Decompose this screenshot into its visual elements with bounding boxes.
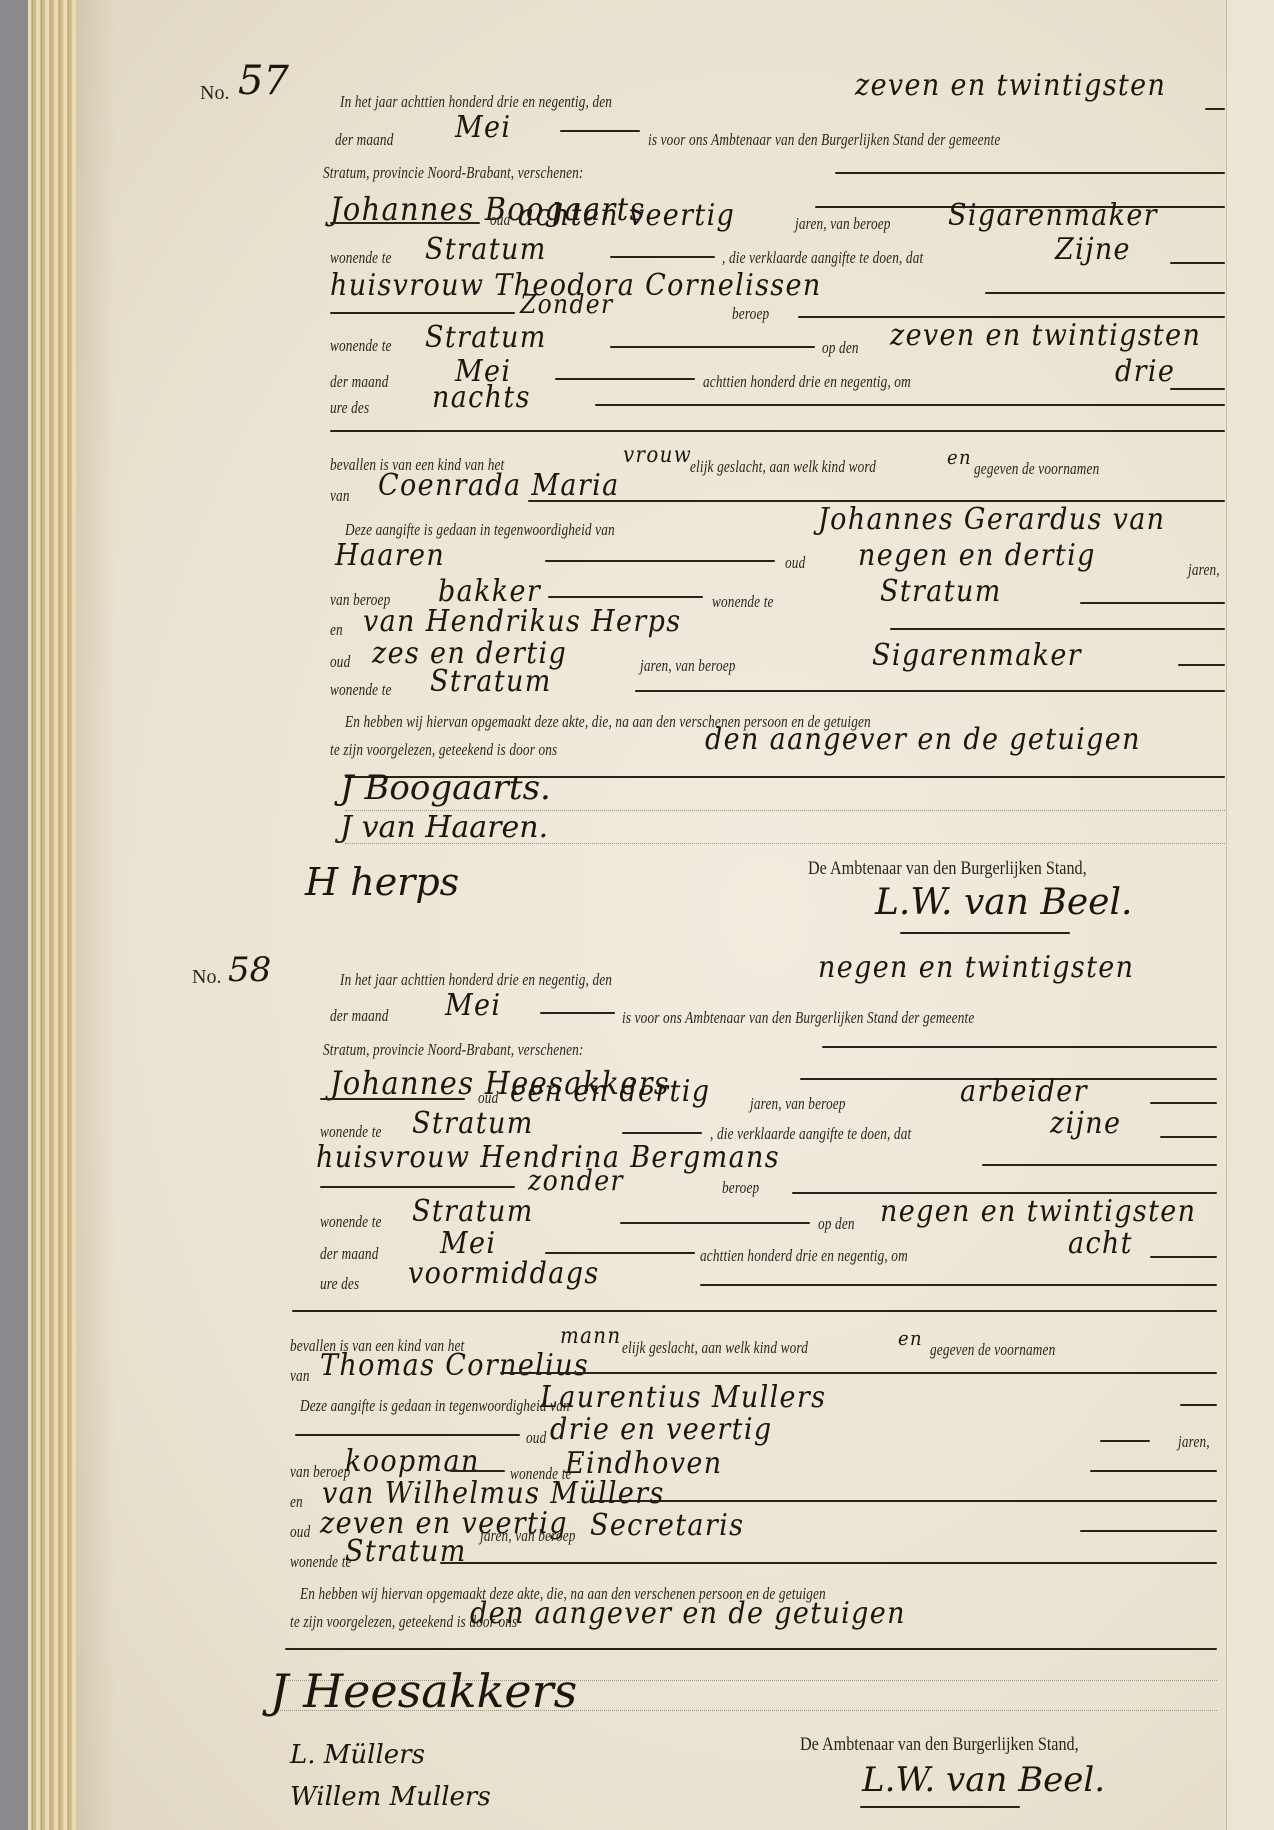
fill-line [1170,388,1225,390]
fill-line [590,1500,1217,1502]
handwritten-residence: Stratum [412,1106,534,1141]
fill-line [622,1132,702,1134]
official-title: De Ambtenaar van den Burgerlijken Stand, [808,858,1087,880]
form-text: jaren, van beroep [480,1526,576,1546]
fill-line [610,346,815,348]
fill-line [440,1562,1217,1564]
fill-line [610,256,715,258]
signature-declarant: J Heesakkers [270,1664,577,1718]
fill-line [595,404,1225,406]
fill-line [330,430,1225,432]
form-text: oud [330,652,350,672]
official-title: De Ambtenaar van den Burgerlijken Stand, [800,1734,1079,1756]
form-text: jaren, van beroep [795,214,891,234]
form-text: der maand [330,1006,389,1026]
facing-page-edge [1226,0,1274,1830]
fill-line [822,1046,1217,1048]
form-text: en [290,1492,303,1512]
fill-line [320,1098,465,1100]
form-text: beroep [722,1178,759,1198]
fill-line [1160,1136,1217,1138]
fill-line [548,596,703,598]
handwritten-occupation: arbeider [960,1074,1088,1109]
form-text: der maand [335,130,394,150]
form-text: te zijn voorgelezen, geteekend is door o… [330,740,557,760]
form-text: jaren, [1178,1432,1210,1452]
form-text: Stratum, provincie Noord-Brabant, versch… [323,163,584,183]
form-text: jaren, [1188,560,1220,580]
fill-line [890,628,1225,630]
form-text: jaren, van beroep [640,656,736,676]
fill-line [1180,1404,1217,1406]
fill-line [835,172,1225,174]
form-text: oud [490,210,510,230]
handwritten-residence: Stratum [425,232,547,267]
signature-witness-1: J van Haaren. [340,810,548,845]
fill-line [545,560,775,562]
handwritten-age: een en dertig [510,1074,710,1109]
form-text: is voor ons Ambtenaar van den Burgerlijk… [648,130,1000,150]
form-text: achttien honderd drie en negentig, om [700,1246,908,1266]
handwritten-witness-1: Laurentius Mullers [540,1380,826,1415]
form-text: en [330,620,343,640]
fill-line [295,1434,520,1436]
fill-line [1150,1256,1217,1258]
fill-line [540,1012,615,1014]
fill-line [985,292,1225,294]
handwritten-month: Mei [455,110,511,145]
form-text: van [290,1366,310,1386]
form-text: elijk geslacht, aan welk kind word [690,457,876,477]
fill-line [450,1470,505,1472]
form-text: op den [818,1214,855,1234]
handwritten-text: en [898,1326,923,1350]
handwritten-witness-1-age: negen en dertig [858,538,1096,573]
handwritten-birth-day: negen en twintigsten [880,1194,1196,1229]
form-text: Deze aangifte is gedaan in tegenwoordigh… [345,520,615,540]
form-text: wonende te [330,248,392,268]
form-text: Deze aangifte is gedaan in tegenwoordigh… [300,1396,570,1416]
form-text: gegeven de voornamen [974,459,1099,479]
fill-line [700,1284,1217,1286]
handwritten-witness-2-residence: Stratum [430,664,552,699]
official-signature: L.W. van Beel. [875,882,1132,923]
form-text: wonende te [330,336,392,356]
fill-line [635,690,1225,692]
official-signature: L.W. van Beel. [862,1760,1105,1800]
fill-line [1080,602,1225,604]
fill-line [330,222,480,224]
form-text: achttien honderd drie en negentig, om [703,372,911,392]
handwritten-signatories: den aangever en de getuigen [470,1596,906,1631]
entry-number-label: No. [200,82,229,105]
handwritten-residence: Stratum [412,1194,534,1229]
fill-line [1080,1530,1217,1532]
entry-number: 58 [228,950,271,990]
signature-declarant: J Boogaarts. [340,768,551,808]
form-text: oud [785,553,805,573]
form-text: beroep [732,304,769,324]
form-text: elijk geslacht, aan welk kind word [622,1338,808,1358]
handwritten-child-name: Thomas Cornelius [320,1348,589,1383]
form-text: is voor ons Ambtenaar van den Burgerlijk… [622,1008,974,1028]
fill-line [555,378,695,380]
handwritten-witness-2-occupation: Secretaris [590,1508,744,1543]
form-text: In het jaar achttien honderd drie en neg… [340,970,612,990]
fill-line [1150,1102,1217,1104]
fill-line [320,1186,515,1188]
form-text: wonende te [290,1552,352,1572]
fill-line [1205,108,1225,110]
form-text: wonende te [320,1212,382,1232]
handwritten-occupation: Sigarenmaker [948,198,1158,233]
handwritten-hour: drie [1115,354,1175,389]
signature-witness-2: Willem Mullers [290,1782,491,1812]
handwritten-residence: Stratum [425,320,547,355]
fill-line [285,1648,1217,1650]
signature-underline [860,1806,1020,1808]
fill-line [330,312,515,314]
form-text: jaren, van beroep [750,1094,846,1114]
form-text: In het jaar achttien honderd drie en neg… [340,92,612,112]
book-page-edges [28,0,78,1830]
form-text: der maand [330,372,389,392]
handwritten-signatories: den aangever en de getuigen [705,722,1141,757]
form-text: oud [290,1522,310,1542]
fill-line [1090,1470,1217,1472]
form-text: gegeven de voornamen [930,1340,1055,1360]
form-text: ure des [320,1274,359,1294]
handwritten-witness-1: Johannes Gerardus van [818,502,1165,537]
entry-number-label: No. [192,966,221,989]
form-text: ure des [330,398,369,418]
entry-number: 57 [238,58,289,104]
signature-witness-2: H herps [305,860,459,904]
form-text: , die verklaarde aangifte te doen, dat [722,248,923,268]
handwritten-sex: mann [560,1324,621,1349]
form-text: van [330,486,350,506]
handwritten-time-of-day: voormiddags [408,1256,600,1291]
fill-line [620,1222,810,1224]
handwritten-child-name: Coenrada Maria [378,468,620,503]
fill-line [560,130,640,132]
form-text: oud [478,1088,498,1108]
handwritten-witness-2: van Hendrikus Herps [363,604,681,639]
fill-line [545,1252,695,1254]
handwritten-time-of-day: nachts [432,380,531,415]
fill-line [292,1310,1217,1312]
handwritten-age: achten veertig [518,198,735,233]
form-text: wonende te [320,1122,382,1142]
form-text: op den [822,338,859,358]
handwritten-month: Mei [445,988,501,1023]
form-text: wonende te [712,592,774,612]
signature-witness-1: L. Müllers [290,1740,425,1770]
handwritten-text: Zijne [1055,232,1131,267]
form-text: wonende te [330,680,392,700]
fill-line [982,1164,1217,1166]
handwritten-birth-day: zeven en twintigsten [890,318,1201,353]
form-text: Stratum, provincie Noord-Brabant, versch… [323,1040,584,1060]
handwritten-text: zijne [1050,1106,1121,1141]
handwritten-hour: acht [1068,1226,1133,1261]
handwritten-occupation: zonder [528,1164,624,1197]
fill-line [1170,262,1225,264]
handwritten-witness-1-surname: Haaren [335,538,445,573]
handwritten-day: negen en twintigsten [818,950,1134,985]
form-text: der maand [320,1244,379,1264]
handwritten-occupation: Zonder [520,290,614,320]
handwritten-witness-1-occupation: koopman [345,1444,480,1479]
fill-line [1100,1440,1150,1442]
fill-line [500,1372,1217,1374]
handwritten-day: zeven en twintigsten [855,68,1166,103]
handwritten-witness-1-residence: Stratum [880,574,1002,609]
fill-line [1178,664,1225,666]
handwritten-sex: vrouw [623,443,692,468]
signature-underline [900,932,1070,934]
handwritten-witness-2-occupation: Sigarenmaker [872,638,1082,673]
handwritten-text: en [947,445,972,469]
form-text: oud [526,1428,546,1448]
handwritten-witness-1-age: drie en veertig [550,1412,772,1447]
